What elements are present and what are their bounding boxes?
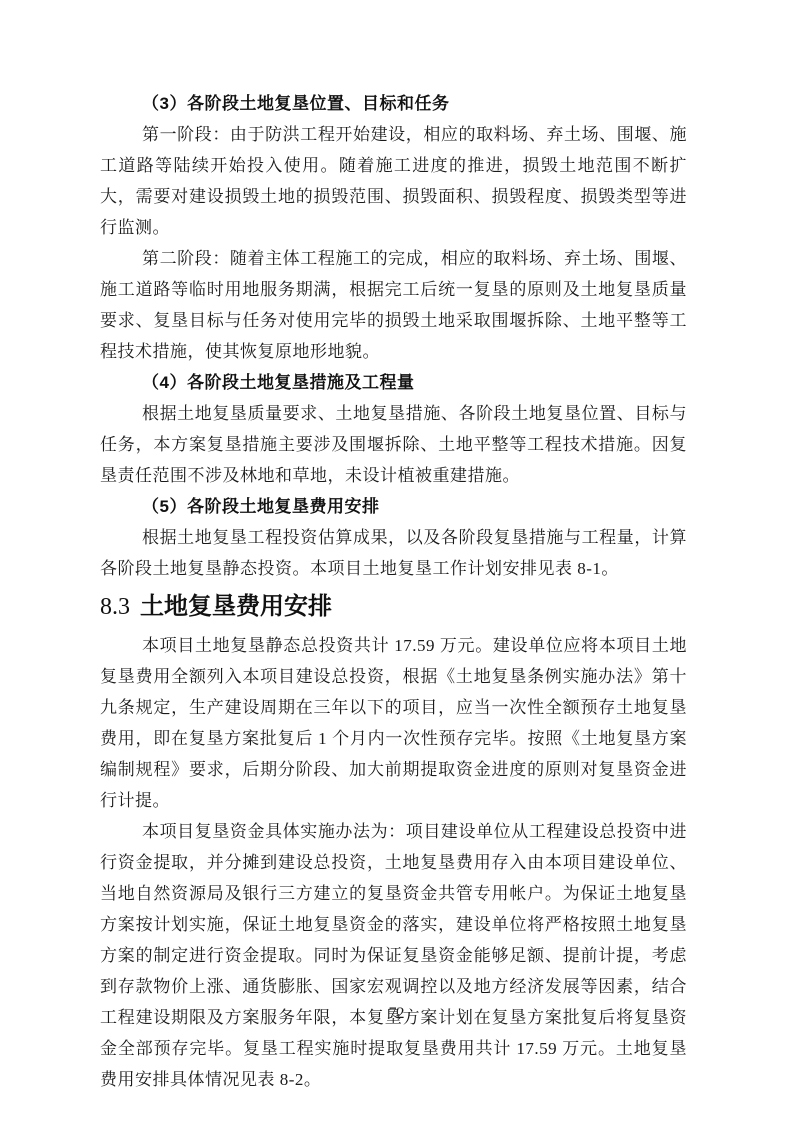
section-number: 8.3 (100, 594, 130, 620)
heading-stage-measures-quantities: （4）各阶段土地复垦措施及工程量 (100, 367, 687, 398)
heading-stage-positions-targets: （3）各阶段土地复垦位置、目标和任务 (100, 88, 687, 119)
heading-stage-cost-arrangement: （5）各阶段土地复垦费用安排 (100, 491, 687, 522)
para-stage-two: 第二阶段：随着主体工程施工的完成，相应的取料场、弃土场、围堰、施工道路等临时用地… (100, 243, 687, 367)
section-heading-8-3: 8.3土地复垦费用安排 (100, 584, 687, 630)
document-page: （3）各阶段土地复垦位置、目标和任务 第一阶段：由于防洪工程开始建设，相应的取料… (0, 0, 793, 1122)
section-title: 土地复垦费用安排 (140, 593, 332, 620)
para-stage-one: 第一阶段：由于防洪工程开始建设，相应的取料场、弃土场、围堰、施工道路等陆续开始投… (100, 119, 687, 243)
para-static-investment-calc: 根据土地复垦工程投资估算成果，以及各阶段复垦措施与工程量，计算各阶段土地复垦静态… (100, 522, 687, 584)
page-number: 72 (0, 1002, 793, 1026)
para-fund-implementation: 本项目复垦资金具体实施办法为：项目建设单位从工程建设总投资中进行资金提取，并分摊… (100, 816, 687, 1095)
para-total-investment: 本项目土地复垦静态总投资共计 17.59 万元。建设单位应将本项目土地复垦费用全… (100, 630, 687, 816)
para-reclamation-measures: 根据土地复垦质量要求、土地复垦措施、各阶段土地复垦位置、目标与任务，本方案复垦措… (100, 398, 687, 491)
document-content: （3）各阶段土地复垦位置、目标和任务 第一阶段：由于防洪工程开始建设，相应的取料… (100, 88, 687, 1095)
